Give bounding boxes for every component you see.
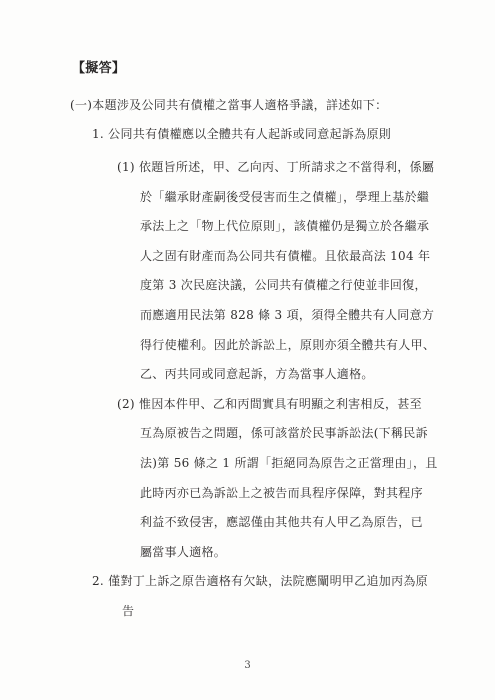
doc-line: 度第 3 次民庭決議，公同共有債權之行使並非回復， (140, 276, 427, 294)
doc-line: 1. 公同共有債權應以全體共有人起訴或同意起訴為原則 (92, 125, 391, 143)
answer-heading: 【擬答】 (72, 60, 125, 78)
doc-line: 互為原被告之問題，係可該當於民事訴訟法(下稱民訴 (140, 424, 428, 442)
doc-line: 承法上之「物上代位原則」，該債權仍是獨立於各繼承 (140, 217, 429, 235)
doc-line: 利益不致侵害，應認僅由其他共有人甲乙為原告，已 (140, 513, 423, 531)
doc-line: 屬當事人適格。 (140, 543, 226, 561)
doc-line: (一)本題涉及公同共有債權之當事人適格爭議，詳述如下： (70, 96, 387, 114)
doc-line: (1) 依題旨所述，甲、乙向丙、丁所請求之不當得利，係屬 (117, 158, 434, 176)
doc-line: 乙、丙共同或同意起訴，方為當事人適格。 (140, 365, 374, 383)
doc-line: 此時丙亦已為訴訟上之被告而具程序保障，對其程序 (140, 484, 423, 502)
doc-line: 而應適用民法第 828 條 3 項，須得全體共有人同意方 (140, 306, 434, 324)
page-number: 3 (0, 660, 495, 671)
document-page: 【擬答】 (一)本題涉及公同共有債權之當事人適格爭議，詳述如下： 1. 公同共有… (0, 0, 495, 700)
doc-line: 2. 僅對丁上訴之原告適格有欠缺，法院應闡明甲乙追加丙為原 (92, 572, 428, 590)
doc-line: 告 (122, 602, 134, 620)
doc-line: 得行使權利。因此於訴訟上，原則亦須全體共有人甲、 (140, 336, 435, 354)
doc-line: 於「繼承財產嗣後受侵害而生之債權」，學理上基於繼 (140, 188, 429, 206)
doc-line: 人之固有財產而為公同共有債權。且依最高法 104 年 (140, 247, 430, 265)
doc-line: 法)第 56 條之 1 所謂「拒絕同為原告之正當理由」，且 (140, 454, 438, 472)
doc-line: (2) 惟因本件甲、乙和丙間實具有明顯之利害相反，甚至 (117, 395, 422, 413)
